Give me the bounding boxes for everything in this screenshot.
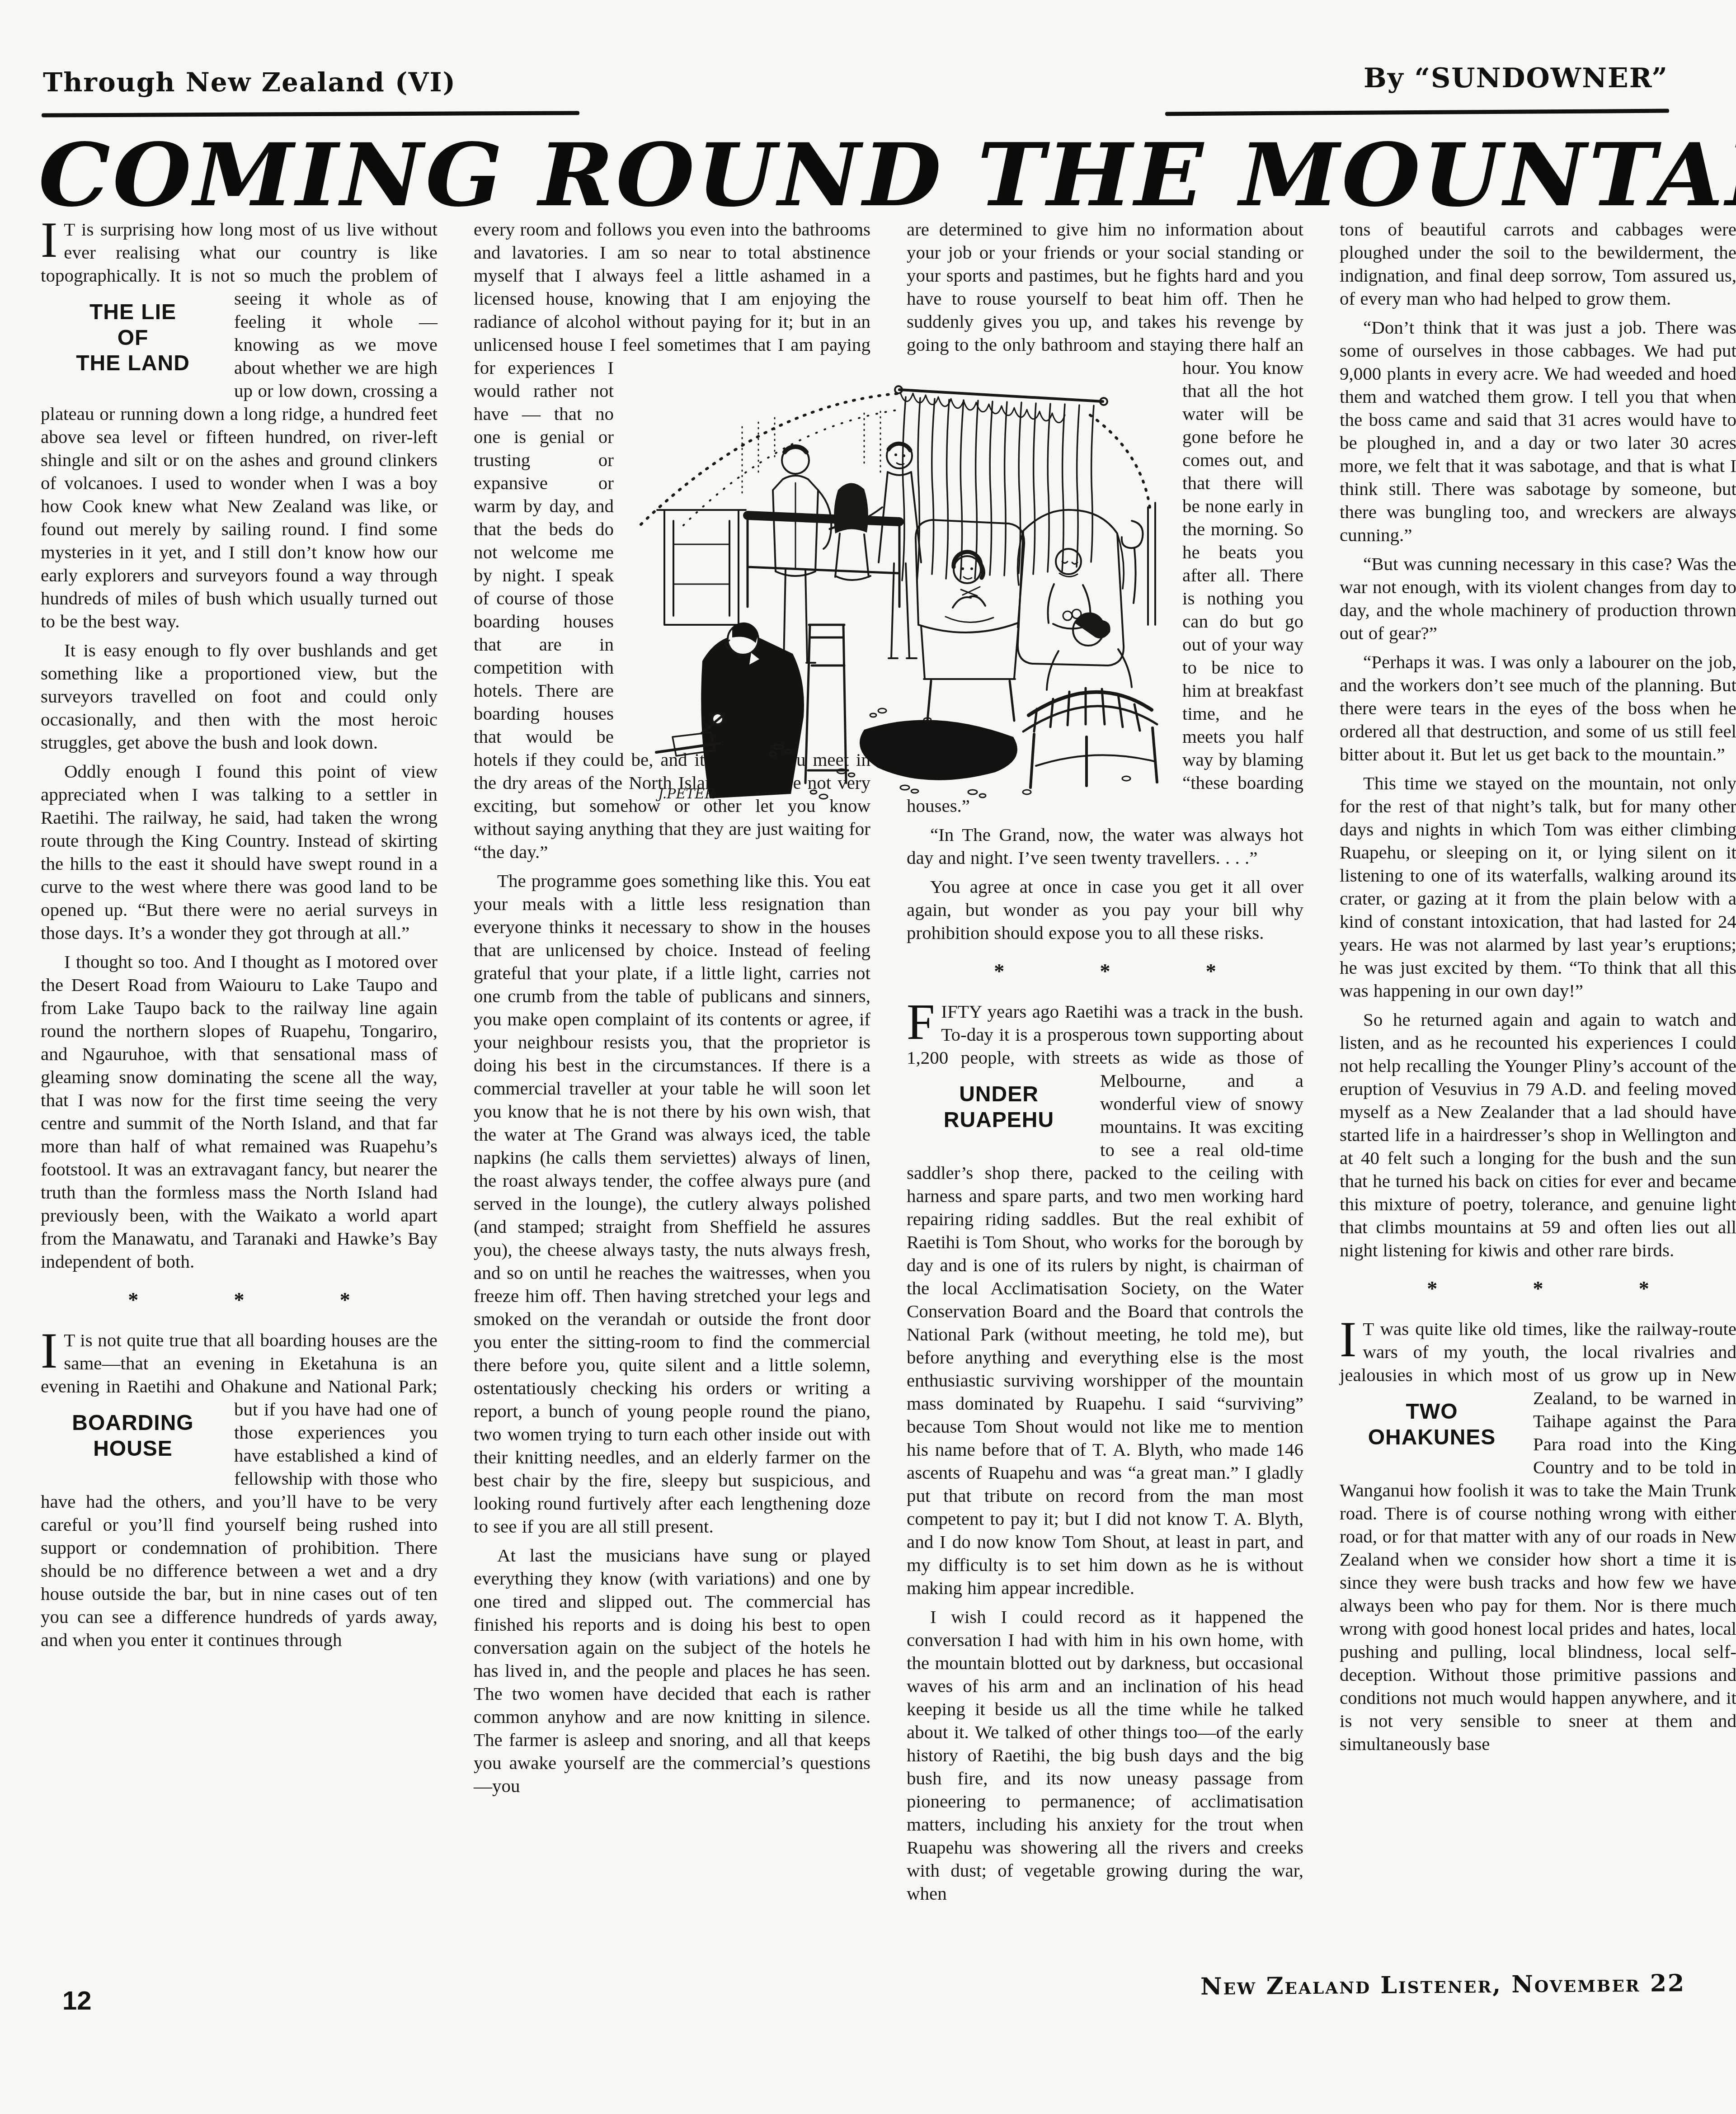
piano-icon <box>748 515 899 607</box>
body-paragraph: It is easy enough to fly over bushlands … <box>41 639 438 754</box>
series-title: Through New Zealand (VI) <box>43 67 456 98</box>
star-glyph: * <box>340 1288 350 1312</box>
body-paragraph: Oddly enough I found this point of view … <box>41 760 438 944</box>
standing-man-back-icon <box>773 447 831 663</box>
body-paragraph: This time we stayed on the mountain, not… <box>1340 772 1736 1002</box>
paragraph-text: and a wonderful view of snowy mountains.… <box>907 1070 1303 1598</box>
star-glyph: * <box>1100 960 1110 983</box>
body-paragraph: “But was cunning necessary in this case?… <box>1340 552 1736 645</box>
body-paragraph: FIFTY years ago Raetihi was a track in t… <box>907 1000 1303 1600</box>
newspaper-page: Through New Zealand (VI) By “SUNDOWNER” … <box>0 0 1736 2114</box>
body-paragraph: I thought so too. And I thought as I mot… <box>41 950 438 1273</box>
illustration-signature: J.PETER <box>655 786 715 802</box>
boarding-house-lounge-illustration: J.PETER <box>629 372 1162 807</box>
page-number: 12 <box>62 1986 92 2016</box>
crosshead-the-lie-of-the-land: THE LIEOFTHE LAND <box>41 287 234 389</box>
crosshead-boarding-house: BOARDINGHOUSE <box>41 1398 234 1474</box>
star-glyph: * <box>234 1288 244 1312</box>
crosshead-under-ruapehu: UNDERRUAPEHU <box>907 1069 1100 1146</box>
star-glyph: * <box>1206 960 1216 983</box>
body-paragraph: You agree at once in case you get it all… <box>907 875 1303 944</box>
body-paragraph: “Don’t think that it was just a job. The… <box>1340 316 1736 547</box>
woman-spindle-chair-icon <box>1023 613 1157 788</box>
curtain-icon <box>902 397 1094 581</box>
footer-credit: New Zealand Listener, November 22 <box>1200 1969 1686 2000</box>
paragraph-text: are determined to give him no informatio… <box>907 219 1303 378</box>
body-paragraph: IT is surprising how long most of us liv… <box>41 218 438 633</box>
star-glyph: * <box>1639 1277 1649 1300</box>
star-glyph: * <box>994 960 1004 983</box>
carpet-shadow-icon <box>860 720 1017 780</box>
paragraph-text: every room and follows you even into the… <box>474 219 870 378</box>
body-paragraph: IT is not quite true that all boarding h… <box>41 1329 438 1652</box>
corbel-icon <box>1122 503 1155 625</box>
body-paragraph: At last the musicians have sung or playe… <box>474 1544 870 1798</box>
column-1: IT is surprising how long most of us liv… <box>41 218 438 1657</box>
section-separator: *** <box>1427 1277 1649 1300</box>
knitting-woman-armchair-icon <box>916 520 1024 721</box>
section-separator: *** <box>128 1288 350 1312</box>
star-glyph: * <box>128 1288 138 1312</box>
star-glyph: * <box>1533 1277 1543 1300</box>
body-paragraph: IT was quite like old times, like the ra… <box>1340 1317 1736 1755</box>
lounge-illustration-svg: J.PETER <box>629 372 1162 807</box>
section-separator: *** <box>994 960 1216 983</box>
body-paragraph: tons of beautiful carrots and cabbages w… <box>1340 218 1736 310</box>
crosshead-two-ohakunes: TWOOHAKUNES <box>1340 1387 1533 1463</box>
byline-underline-rule <box>1165 109 1669 116</box>
pianist-woman-icon <box>834 483 870 580</box>
body-paragraph: “In The Grand, now, the water was always… <box>907 823 1303 869</box>
mantel-icon <box>657 510 746 625</box>
body-paragraph: “Perhaps it was. I was only a labourer o… <box>1340 651 1736 766</box>
body-paragraph: I wish I could record as it happened the… <box>907 1605 1303 1905</box>
sleeping-man-wing-chair-icon <box>1018 510 1124 665</box>
writing-man-icon <box>656 623 848 798</box>
body-paragraph: So he returned again and again to watch … <box>1340 1008 1736 1262</box>
byline: By “SUNDOWNER” <box>1364 62 1668 94</box>
star-glyph: * <box>1427 1277 1437 1300</box>
series-underline-rule <box>42 111 579 117</box>
body-paragraph: The programme goes something like this. … <box>474 869 870 1538</box>
column-4: tons of beautiful carrots and cabbages w… <box>1340 218 1736 1761</box>
page-title: COMING ROUND THE MOUNTAINS <box>38 132 1720 219</box>
